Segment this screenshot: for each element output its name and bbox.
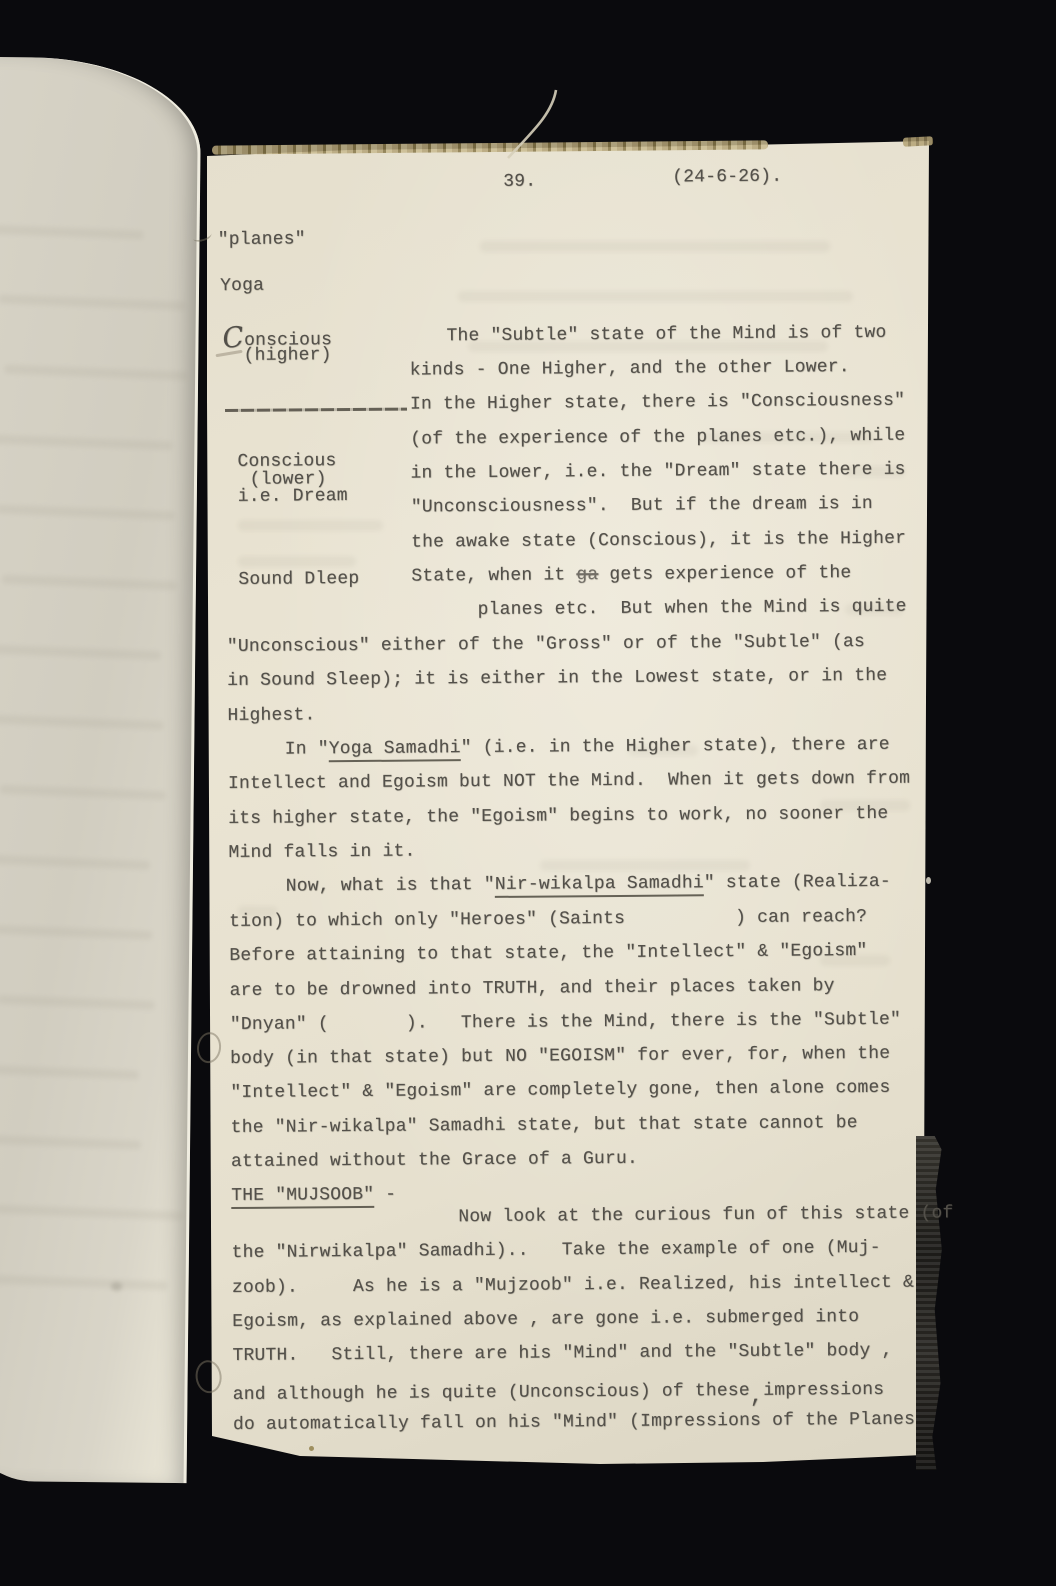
typed-line: Intellect and Egoism but NOT the Mind. W… [228, 769, 910, 794]
typed-line: zoob). As he is a "Mujzoob" i.e. Realize… [232, 1273, 914, 1298]
typed-line: "Unconsciousness". But if the dream is i… [411, 494, 873, 518]
pencil-circle-annotation [195, 1031, 223, 1065]
typed-line: in the Lower, i.e. the "Dream" state the… [410, 460, 905, 484]
margin-notes-container: "planes"YogaConscious(higher)Conscious(l… [0, 0, 1050, 2]
page-date: (24-6-26). [672, 167, 782, 188]
typed-line: The "Subtle" state of the Mind is of two [446, 323, 886, 346]
typed-line: "Unconscious" either of the "Gross" or o… [227, 632, 865, 657]
typed-line: Mind falls in it. [228, 842, 415, 863]
speck [111, 1282, 122, 1291]
typed-line: "Intellect" & "Egoism" are completely go… [230, 1078, 890, 1103]
margin-note: Sound Dleep [238, 569, 359, 590]
typed-line: do automatically fall on his "Mind" (Imp… [233, 1410, 915, 1435]
margin-rule [225, 408, 407, 412]
typed-line: body (in that state) but NO "EGOISM" for… [230, 1044, 890, 1069]
typed-line: attained without the Grace of a Guru. [231, 1149, 638, 1172]
typed-line: In "Yoga Samadhi" (i.e. in the Higher st… [285, 735, 890, 760]
typed-line: Before attaining to that state, the "Int… [229, 941, 867, 966]
typed-line: the "Nirwikalpa" Samadhi).. Take the exa… [232, 1238, 881, 1263]
margin-note: Yoga [220, 276, 264, 296]
margin-note: (higher) [244, 345, 332, 366]
typed-line: kinds - One Higher, and the other Lower. [410, 357, 850, 380]
speck [926, 877, 931, 884]
typed-line: the awake state (Conscious), it is the H… [411, 529, 906, 553]
pencil-dash [216, 350, 243, 357]
typed-line: Now look at the curious fun of this stat… [458, 1203, 953, 1227]
typed-line: Highest. [227, 705, 315, 726]
margin-note: i.e. Dream [238, 486, 348, 507]
margin-note: "planes" [218, 229, 306, 250]
typed-line: (of the experience of the planes etc.), … [410, 426, 905, 450]
typed-line: in Sound Sleep); it is either in the Low… [227, 666, 887, 691]
typed-line: Egoism, as explained above , are gone i.… [232, 1307, 859, 1332]
typed-line: its higher state, the "Egoism" begins to… [228, 804, 888, 829]
photo-of-manuscript: 39. (24-6-26). "planes"YogaConscious(hig… [0, 0, 1056, 1586]
typed-line: "Dnyan" ( ). There is the Mind, there is… [230, 1010, 901, 1035]
typed-line: tion) to which only "Heroes" (Saints ) c… [229, 907, 867, 932]
typed-line: planes etc. But when the Mind is quite [478, 597, 907, 620]
typed-line: and although he is quite (Unconscious) o… [233, 1376, 885, 1406]
typed-line: are to be drowned into TRUTH, and their … [230, 976, 835, 1001]
body-lines-container: The "Subtle" state of the Mind is of two… [0, 0, 1050, 2]
pencil-circle-annotation [194, 1359, 224, 1395]
typed-text-layer: 39. (24-6-26). "planes"YogaConscious(hig… [0, 0, 1056, 1586]
typed-line: TRUTH. Still, there are his "Mind" and t… [232, 1341, 892, 1366]
typed-line: State, when it ga gets experience of the [411, 563, 851, 586]
typed-line: THE "MUJSOOB" - [231, 1185, 396, 1206]
page-number: 39. [503, 172, 536, 192]
speck [309, 1446, 314, 1451]
pencil-squiggle [192, 229, 213, 244]
typed-line: the "Nir-wikalpa" Samadhi state, but tha… [231, 1113, 858, 1138]
typed-line: Now, what is that "Nir-wikalpa Samadhi" … [286, 872, 891, 897]
typed-line: In the Higher state, there is "Conscious… [410, 391, 905, 415]
